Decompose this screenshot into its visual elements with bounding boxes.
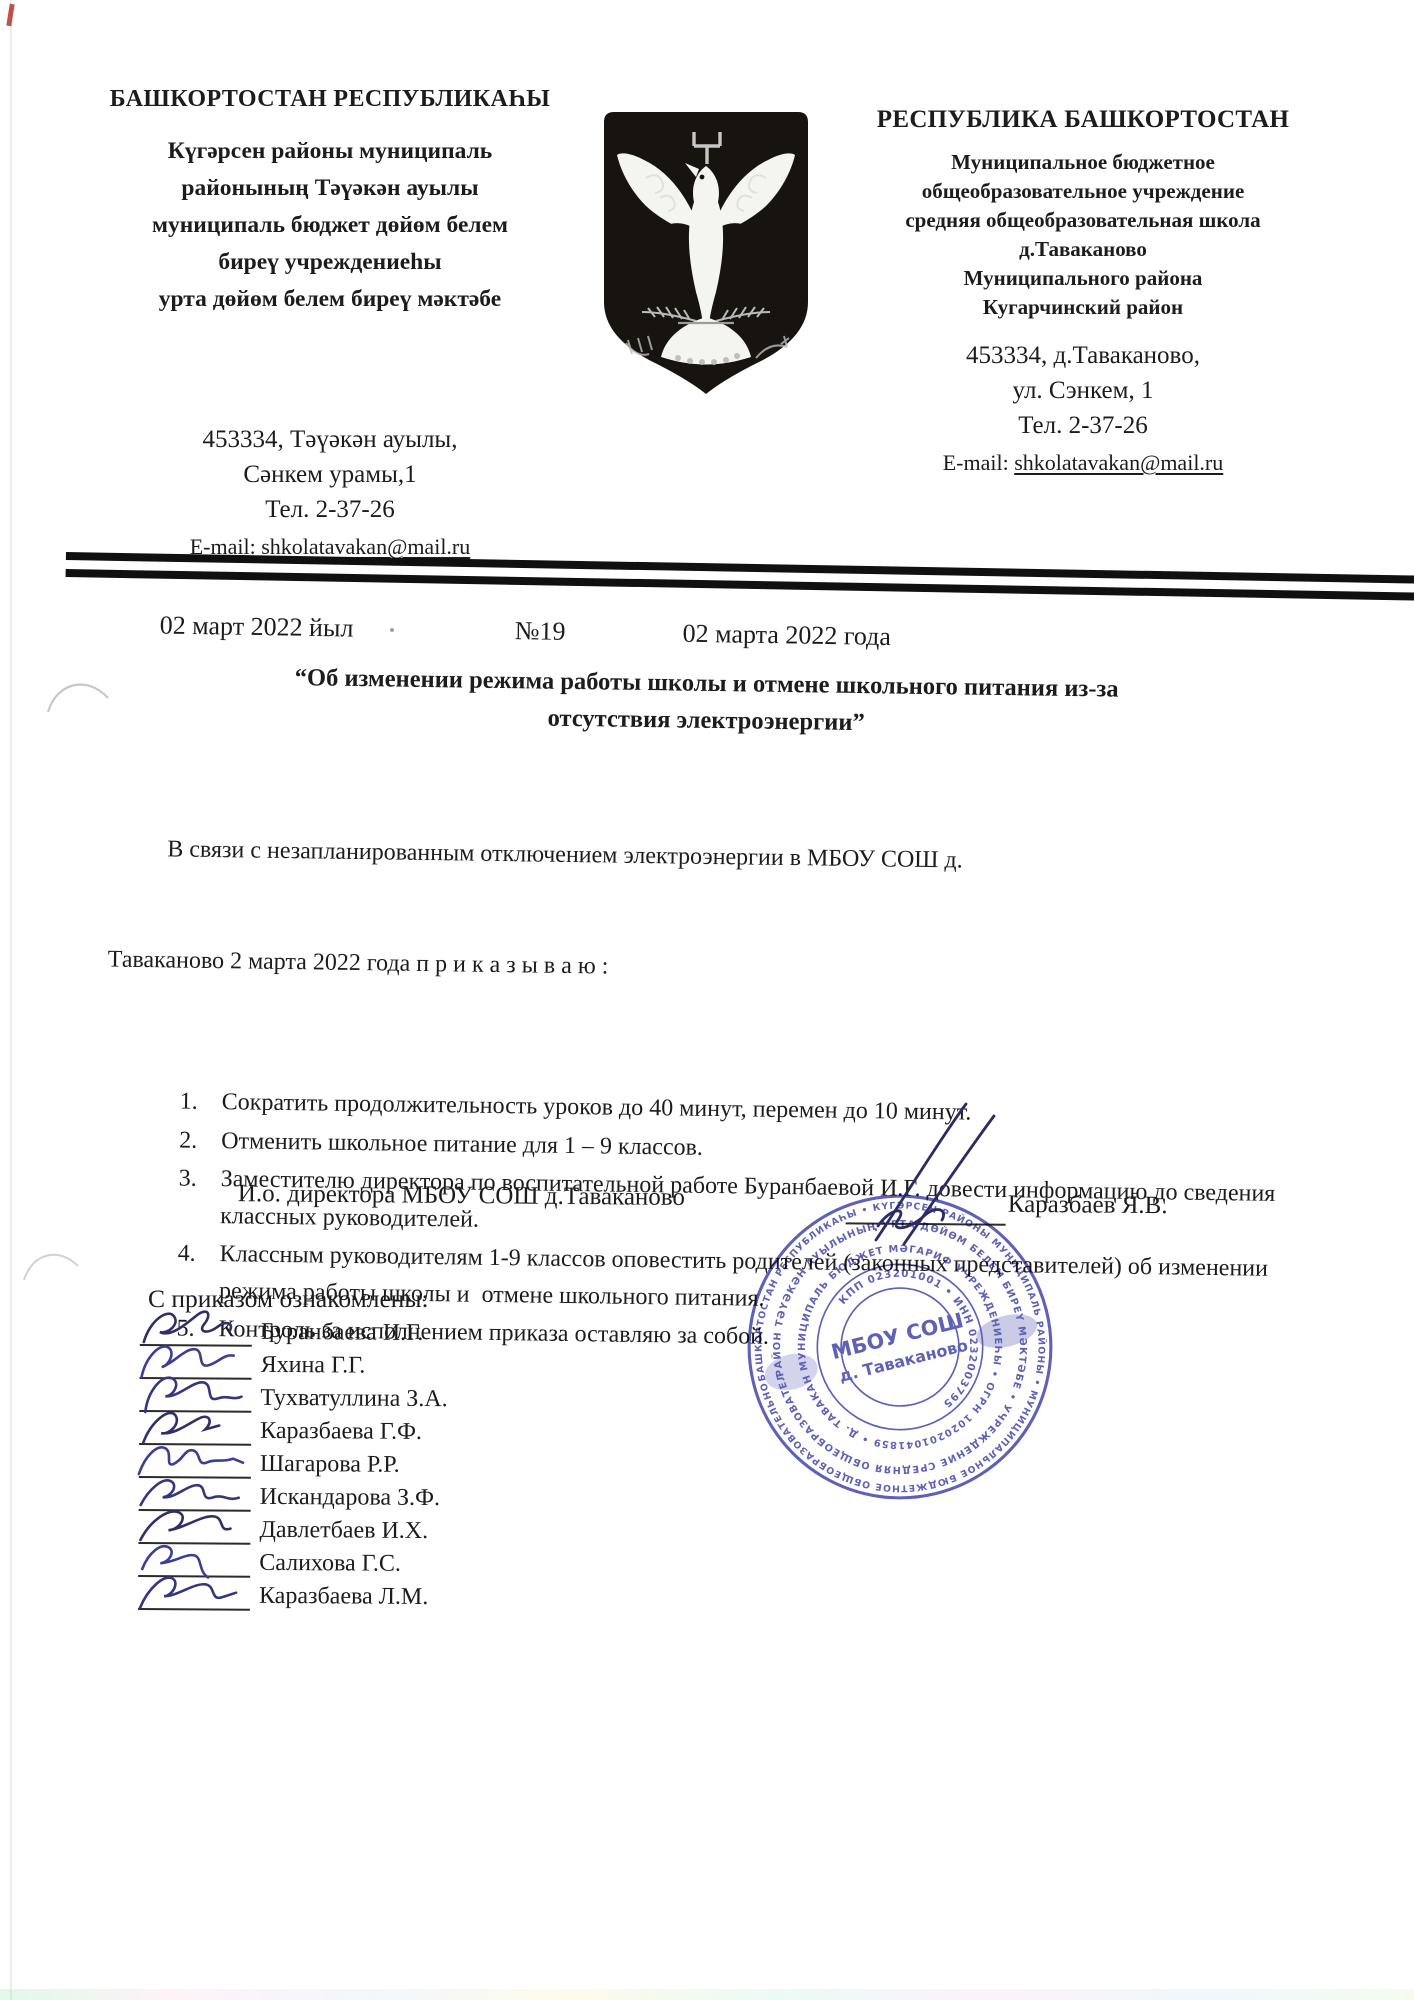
handwritten-signature — [138, 1578, 250, 1611]
order-title: “Об изменении режима работы школы и отме… — [0, 655, 1414, 749]
order-number: №19 — [514, 616, 565, 647]
order-date-russian: 02 марта 2022 года — [682, 619, 891, 652]
email-line: E-mail: shkolatavakan@mail.ru — [848, 445, 1318, 480]
org-name-russian: Муниципальное бюджетное общеобразователь… — [848, 148, 1318, 322]
address-russian: 453334, д.Таваканово, ул. Сэнкем, 1 Тел.… — [848, 338, 1318, 480]
order-body: “Об изменении режима работы школы и отме… — [0, 655, 1414, 1366]
ack-row: Каразбаева Л.М. — [138, 1578, 428, 1612]
scan-red-mark — [6, 4, 14, 27]
org-name-bashkir: Күгәрсен районы муниципаль районының Тәү… — [92, 133, 568, 318]
coat-of-arms-emblem — [598, 106, 814, 398]
order-date-bashkir: 02 март 2022 йыл — [160, 611, 354, 644]
double-rule — [66, 552, 1414, 601]
scanned-order-document: БАШКОРТОСТАН РЕСПУБЛИКАҺЫ Күгәрсен район… — [0, 0, 1414, 2000]
address-bashkir: 453334, Тәүәкән ауылы, Сәнкем урамы,1 Те… — [92, 422, 568, 564]
order-preamble: В связи с незапланированным отключением … — [106, 757, 1326, 1070]
director-handwritten-signature — [838, 1092, 1038, 1247]
director-role: И.о. директора МБОУ СОШ д.Таваканово — [238, 1180, 685, 1212]
acknowledgement-list: Буранбаева И.Г. Яхина Г.Г. Тухватуллина … — [138, 1314, 780, 1638]
header-russian-block: РЕСПУБЛИКА БАШКОРТОСТАН Муниципальное бю… — [848, 106, 1318, 322]
republic-name-russian: РЕСПУБЛИКА БАШКОРТОСТАН — [848, 106, 1318, 134]
republic-name-bashkir: БАШКОРТОСТАН РЕСПУБЛИКАҺЫ — [92, 86, 568, 113]
scan-bottom-edge-band — [0, 1989, 1414, 2000]
email-address: shkolatavakan@mail.ru — [1014, 450, 1223, 475]
header-bashkir-block: БАШКОРТОСТАН РЕСПУБЛИКАҺЫ Күгәрсен район… — [92, 86, 568, 318]
